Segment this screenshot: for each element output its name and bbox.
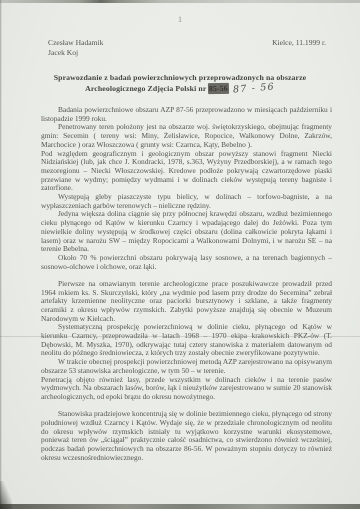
paragraph: Jedyna większa dolina ciągnie się przy p… bbox=[41, 210, 332, 254]
place-and-date: Kielce, 11.1999 r. bbox=[272, 38, 326, 48]
scan-edge-bottom bbox=[0, 504, 360, 509]
paragraph: Penetracją objęto również lasy, przede w… bbox=[41, 376, 332, 402]
scanned-document-page: 1 Czesław Hadamik Jacek Koj Kielce, 11.1… bbox=[0, 0, 360, 509]
title-line-2: Archeologicznego Zdjęcia Polski nr 85-56… bbox=[26, 83, 334, 94]
crossed-out-area-number: 85-56 bbox=[208, 83, 229, 94]
scan-edge-left bbox=[0, 0, 2, 509]
paragraph: Stanowiska pradziejowe koncentrują się w… bbox=[41, 410, 332, 462]
author-line-2: Jacek Koj bbox=[48, 48, 103, 58]
report-body: Badania powierzchniowe obszaru AZP 87-56… bbox=[41, 106, 332, 462]
title-line-2-prefix: Archeologicznego Zdjęcia Polski nr bbox=[85, 84, 206, 93]
paragraph: Pod względem geograficznym i geologiczny… bbox=[41, 150, 332, 194]
scan-corner-shadow bbox=[0, 481, 12, 509]
author-line-1: Czesław Hadamik bbox=[48, 38, 103, 48]
paragraph: Penetrowany teren położony jest na obsza… bbox=[41, 123, 332, 149]
paragraph: Pierwsze na omawianym terenie archeologi… bbox=[41, 280, 332, 324]
document-title: Sprawozdanie z badań powierzchniowych pr… bbox=[26, 72, 334, 94]
page-number: 1 bbox=[0, 15, 360, 24]
document-header: Czesław Hadamik Jacek Koj Kielce, 11.199… bbox=[48, 38, 326, 58]
handwritten-area-number: 87 - 56 bbox=[233, 82, 275, 96]
paragraph: Około 70 % powierzchni obszaru pokrywają… bbox=[41, 254, 332, 271]
paragraph: Systematyczną prospekcję powierzchniową … bbox=[41, 323, 332, 358]
scan-edge-top bbox=[0, 0, 360, 3]
paper-crease-line bbox=[0, 336, 360, 337]
paragraph: Badania powierzchniowe obszaru AZP 87-56… bbox=[41, 106, 332, 123]
paragraph: W trakcie obecnej prospekcji powierzchni… bbox=[41, 358, 332, 375]
paragraph: Występują gleby piaszczyste typu bielicy… bbox=[41, 193, 332, 210]
title-line-1: Sprawozdanie z badań powierzchniowych pr… bbox=[26, 72, 334, 83]
author-names: Czesław Hadamik Jacek Koj bbox=[48, 38, 103, 58]
